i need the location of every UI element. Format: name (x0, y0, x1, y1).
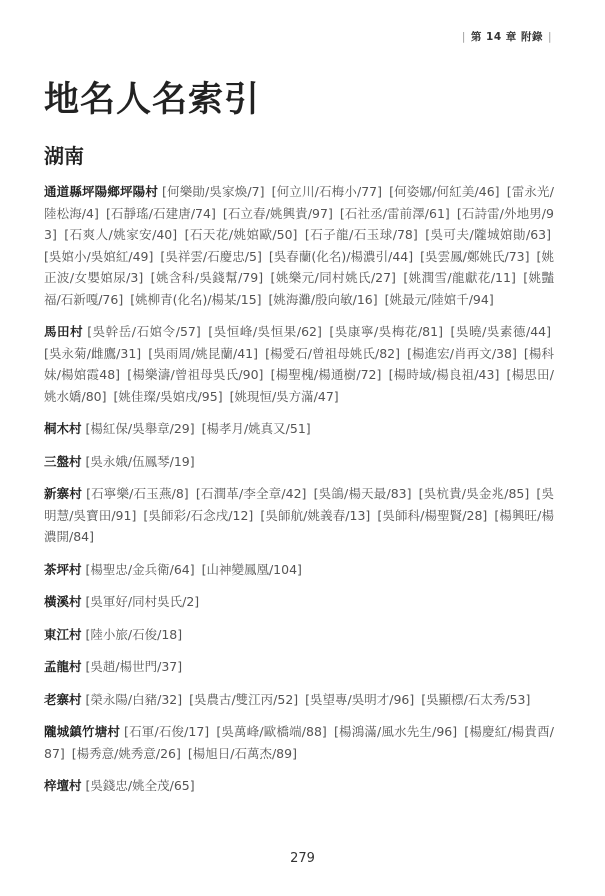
name-reference: [楊聖槐/楊通樹/72] (271, 367, 382, 382)
name-reference: [石天花/姚婠歐/50] (185, 227, 298, 242)
name-reference: [吳鴿/楊天最/83] (314, 486, 412, 501)
name-reference: [吳軍好/同村吳氏/2] (86, 594, 200, 609)
name-reference: [吳農古/雙江丙/52] (189, 692, 298, 707)
divider-left: | (462, 31, 466, 43)
name-reference: [吳曉/吳素德/44] (451, 324, 552, 339)
index-entry: 橫溪村[吳軍好/同村吳氏/2] (44, 591, 554, 613)
index-entry: 通道縣坪陽鄉坪陽村[何樂勛/吳家煥/7] [何立川/石梅小/77] [何姿娜/何… (44, 181, 554, 310)
name-reference: [何姿娜/何紅美/46] (389, 184, 499, 199)
divider-right: | (548, 31, 552, 43)
name-reference: [姚含科/吳錢幫/79] (151, 270, 263, 285)
name-reference: [吳錢忠/姚全茂/65] (86, 778, 195, 793)
name-reference: [楊進宏/肖再文/38] (407, 346, 517, 361)
name-reference: [楊愛石/曾祖母姚氏/82] (265, 346, 400, 361)
name-reference: [山神變鳳凰/104] (202, 562, 302, 577)
name-reference: [陸小旅/石俊/18] (86, 627, 183, 642)
name-reference: [楊孝月/姚真又/51] (202, 421, 311, 436)
name-reference: [吳康寧/吳梅花/81] (329, 324, 443, 339)
place-name: 三盤村 (44, 454, 82, 469)
index-entry: 隴城鎮竹塘村[石軍/石俊/17] [吳萬峰/歐橋端/88] [楊鴻滿/風水先生/… (44, 721, 554, 764)
name-reference: [石潤革/李全章/42] (196, 486, 307, 501)
place-name: 東江村 (44, 627, 82, 642)
name-reference: [何樂勛/吳家煥/7] (162, 184, 264, 199)
index-entry: 桐木村[楊紅保/吳舉章/29] [楊孝月/姚真又/51] (44, 418, 554, 440)
place-name: 桐木村 (44, 421, 82, 436)
name-reference: [吳杭貴/吳金兆/85] (419, 486, 530, 501)
name-reference: [姚海灘/殷向敏/16] (269, 292, 378, 307)
index-entry: 茶坪村[楊聖忠/金兵衛/64] [山神變鳳凰/104] (44, 559, 554, 581)
name-reference: [吳恒峰/吳恒果/62] (208, 324, 322, 339)
index-entry: 梓壇村[吳錢忠/姚全茂/65] (44, 775, 554, 797)
name-reference: [楊秀意/姚秀意/26] (72, 746, 181, 761)
index-entry: 新寨村[石寧樂/石玉燕/8] [石潤革/李全章/42] [吳鴿/楊天最/83] … (44, 483, 554, 548)
name-reference: [吳永菊/雌鷹/31] (44, 346, 141, 361)
name-reference: [吳雨周/姚昆蘭/41] (148, 346, 258, 361)
name-reference: [楊鴻滿/風水先生/96] (334, 724, 457, 739)
name-reference: [楊樂濤/曾祖母吳氏/90] (127, 367, 263, 382)
name-reference: [吳雲鳳/鄭姚氏/73] (420, 249, 529, 264)
name-reference: [姚柳青(化名)/楊某/15] (130, 292, 261, 307)
name-reference: [姚樂元/同村姚氏/27] (271, 270, 396, 285)
name-reference: [吳師彩/石念戌/12] (143, 508, 253, 523)
name-reference: [吳顯標/石太秀/53] (421, 692, 530, 707)
name-reference: [何立川/石梅小/77] (272, 184, 382, 199)
place-name: 通道縣坪陽鄉坪陽村 (44, 184, 158, 199)
place-name: 茶坪村 (44, 562, 82, 577)
name-reference: [姚現恒/吳方滿/47] (230, 389, 339, 404)
name-reference: [姚最元/陸婠千/94] (385, 292, 494, 307)
name-reference: [楊時域/楊良祖/43] (389, 367, 500, 382)
place-name: 梓壇村 (44, 778, 82, 793)
index-entry: 三盤村[吳永娥/伍鳳琴/19] (44, 451, 554, 473)
name-reference: [姚佳璨/吳婠戌/95] (113, 389, 222, 404)
place-name: 馬田村 (44, 324, 83, 339)
name-reference: [吳師航/姚義春/13] (260, 508, 370, 523)
name-reference: [榮永陽/白豬/32] (86, 692, 183, 707)
name-reference: [吳幹岳/石婠令/57] (87, 324, 201, 339)
name-reference: [吳望專/吳明才/96] (305, 692, 414, 707)
name-reference: [石社丞/雷前澤/61] (340, 206, 450, 221)
page-title: 地名人名索引 (44, 76, 260, 124)
place-name: 橫溪村 (44, 594, 82, 609)
name-reference: [石靜瑤/石建唐/74] (106, 206, 216, 221)
name-reference: [吳可夫/隴城婠勛/63] (425, 227, 551, 242)
index-entry: 孟龍村[吳趙/楊世門/37] (44, 656, 554, 678)
place-name: 孟龍村 (44, 659, 82, 674)
place-name: 老寨村 (44, 692, 82, 707)
name-reference: [石爽人/姚家安/40] (64, 227, 177, 242)
place-name: 新寨村 (44, 486, 82, 501)
name-reference: [姚潤雪/龍獻花/11] (403, 270, 515, 285)
name-reference: [石立春/姚興貴/97] (223, 206, 333, 221)
chapter-label: 第 14 章 附錄 (471, 31, 543, 43)
name-reference: [石軍/石俊/17] (124, 724, 209, 739)
name-reference: [楊紅保/吳舉章/29] (86, 421, 195, 436)
name-reference: [吳趙/楊世門/37] (86, 659, 183, 674)
section-title: 湖南 (44, 142, 84, 170)
index-entry: 老寨村[榮永陽/白豬/32] [吳農古/雙江丙/52] [吳望專/吳明才/96]… (44, 689, 554, 711)
name-reference: [吳師科/楊聖賢/28] (377, 508, 487, 523)
running-head: |第 14 章 附錄| (457, 29, 557, 44)
place-name: 隴城鎮竹塘村 (44, 724, 120, 739)
name-reference: [石子龍/石玉球/78] (305, 227, 418, 242)
name-reference: [楊聖忠/金兵衛/64] (86, 562, 195, 577)
name-reference: [石寧樂/石玉燕/8] (86, 486, 189, 501)
name-reference: [楊旭日/石萬杰/89] (188, 746, 297, 761)
name-reference: [吳永娥/伍鳳琴/19] (86, 454, 195, 469)
name-reference: [吳春蘭(化名)/楊濃引/44] (269, 249, 413, 264)
name-reference: [吳萬峰/歐橋端/88] (216, 724, 326, 739)
page-number: 279 (0, 851, 605, 866)
index-entry: 東江村[陸小旅/石俊/18] (44, 624, 554, 646)
name-reference: [吳婠小/吳婠紅/49] (44, 249, 153, 264)
name-reference: [吳祥雲/石慶忠/5] (160, 249, 261, 264)
index-entries: 通道縣坪陽鄉坪陽村[何樂勛/吳家煥/7] [何立川/石梅小/77] [何姿娜/何… (44, 181, 554, 808)
index-entry: 馬田村[吳幹岳/石婠令/57] [吳恒峰/吳恒果/62] [吳康寧/吳梅花/81… (44, 321, 554, 407)
